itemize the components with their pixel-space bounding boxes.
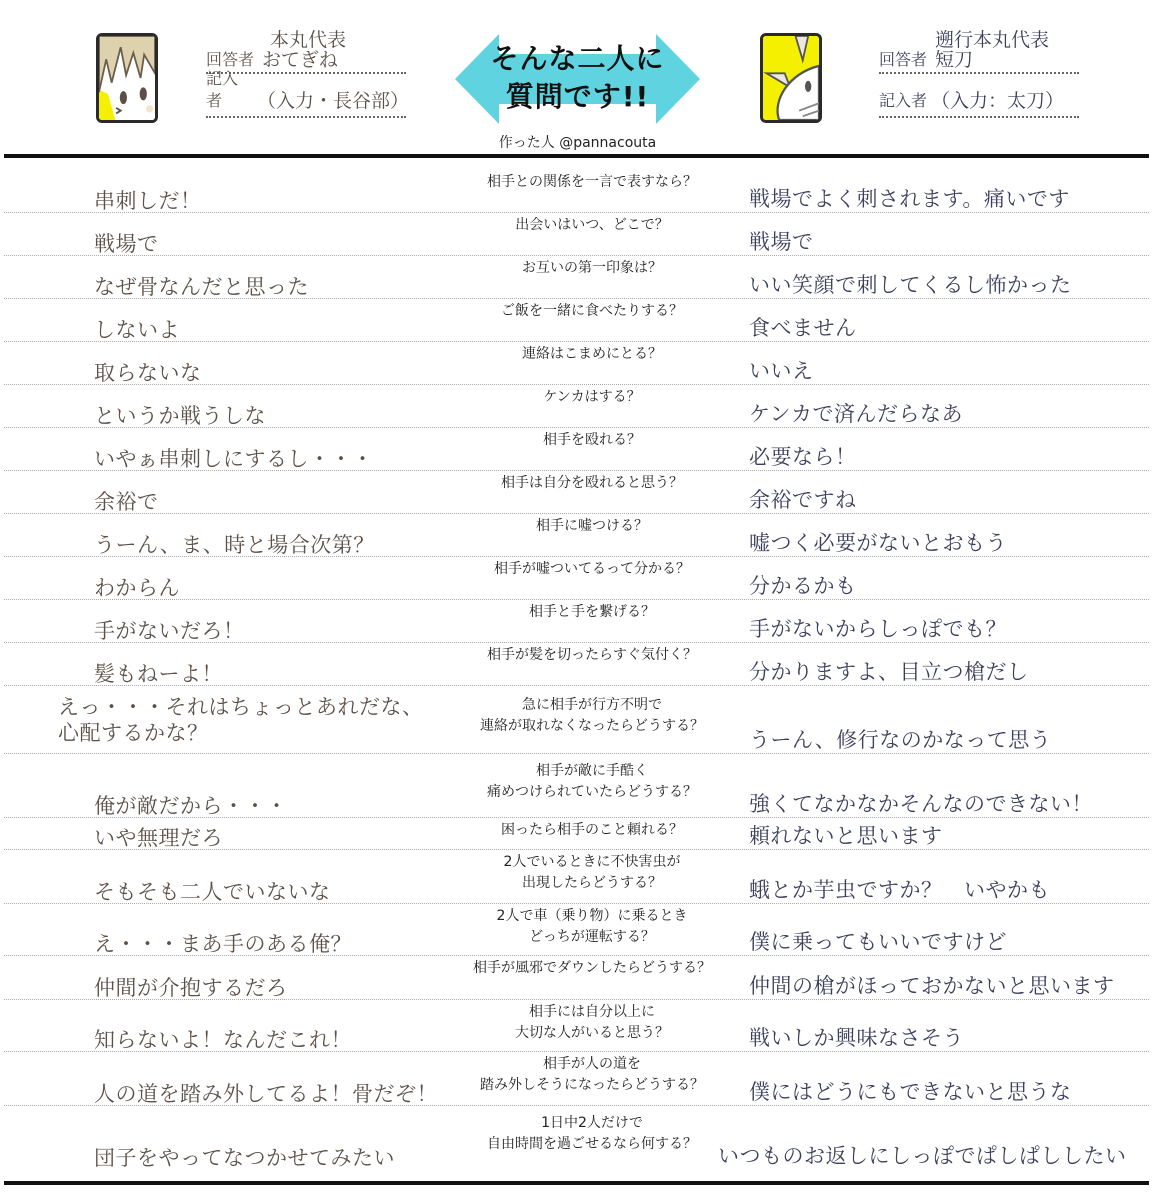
left-answer: 取らないな	[94, 357, 202, 387]
qa-row: 仲間が介抱するだろ相手が風邪でダウンしたらどうする？仲間の槍がほっておかないと思…	[4, 956, 1149, 1000]
top-divider	[4, 154, 1149, 158]
respondent-character: おてぎね	[262, 50, 346, 70]
respondent-name: 本丸代表 おてぎね	[262, 30, 346, 70]
respondent-label: 回答者	[206, 50, 254, 70]
qa-row: 取らないな連絡はこまめにとる？いいえ	[4, 342, 1149, 385]
left-answer: 知らないよ！なんだこれ！	[94, 1024, 352, 1054]
right-answer: ケンカで済んだらなあ	[749, 398, 963, 428]
question: 相手が髪を切ったらすぐ気付く？	[424, 645, 760, 666]
qa-row: 髪もねーよ！相手が髪を切ったらすぐ気付く？分かりますよ、目立つ槍だし	[4, 643, 1149, 686]
right-answer: いい笑顔で刺してくるし怖かった	[749, 269, 1072, 299]
left-answer: 戦場で	[94, 228, 159, 258]
right-respondent-row: 回答者 遡行本丸代表 短刀	[879, 20, 1079, 74]
recorder-label: 記入者	[879, 90, 927, 112]
question: ケンカはする？	[424, 387, 760, 408]
right-answer: 僕に乗ってもいいですけど	[749, 926, 1007, 956]
left-answer: えっ・・・それはちょっとあれだな、 心配するかな？	[58, 694, 424, 746]
otegine-avatar	[96, 33, 158, 123]
question: 急に相手が行方不明で連絡が取れなくなったらどうする？	[424, 695, 760, 737]
question-line: 相手は自分を殴れると思う？	[424, 473, 760, 494]
qa-row: なぜ骨なんだと思ったお互いの第一印象は？いい笑顔で刺してくるし怖かった	[4, 256, 1149, 299]
qa-row: 知らないよ！なんだこれ！相手には自分以上に大切な人がいると思う？戦いしか興味なさ…	[4, 1000, 1149, 1052]
left-answer: 団子をやってなつかせてみたい	[94, 1142, 395, 1172]
question: 相手に嘘つける？	[424, 516, 760, 537]
question-line: お互いの第一印象は？	[424, 258, 760, 279]
question: 相手が人の道を踏み外しそうになったらどうする？	[424, 1054, 760, 1096]
left-answer: わからん	[94, 572, 180, 602]
question: 相手には自分以上に大切な人がいると思う？	[424, 1002, 760, 1044]
title-banner: そんな二人に 質問です!!	[455, 32, 700, 127]
recorder-value: （入力：太刀）	[931, 90, 1064, 112]
question-line: 相手が人の道を	[424, 1054, 760, 1075]
left-answer: いや無理だろ	[94, 822, 223, 852]
qa-row: いや無理だろ困ったら相手のこと頼れる？頼れないと思います	[4, 818, 1149, 850]
author-credit: 作った人 @pannacouta	[455, 132, 700, 152]
question: 出会いはいつ、どこで？	[424, 215, 760, 236]
question-line: 出会いはいつ、どこで？	[424, 215, 760, 236]
tantou-avatar	[760, 33, 822, 123]
right-answer: 食べません	[749, 312, 857, 342]
question: 相手は自分を殴れると思う？	[424, 473, 760, 494]
question-line: 自由時間を過ごせるなら何する？	[424, 1134, 760, 1155]
question-line: 痛めつけられていたらどうする？	[424, 782, 760, 803]
left-answer: 髪もねーよ！	[94, 658, 223, 688]
left-answer: なぜ骨なんだと思った	[94, 271, 309, 301]
right-answer: 強くてなかなかそんなのできない！	[749, 788, 1093, 818]
left-answer: そもそも二人でいないな	[94, 876, 331, 906]
right-answer: 戦場でよく刺されます。痛いです	[749, 183, 1070, 213]
question: 相手が敵に手酷く痛めつけられていたらどうする？	[424, 761, 760, 803]
respondent-label: 回答者	[879, 50, 927, 70]
question-line: 1日中2人だけで	[424, 1113, 760, 1134]
question-line: 相手が敵に手酷く	[424, 761, 760, 782]
recorder-label: 記入者	[206, 68, 253, 112]
left-recorder-row: 記入者 （入力・長谷部）	[206, 74, 406, 118]
qa-row: えっ・・・それはちょっとあれだな、 心配するかな？急に相手が行方不明で連絡が取れ…	[4, 686, 1149, 754]
question: 困ったら相手のこと頼れる？	[424, 820, 760, 841]
qa-row: 団子をやってなつかせてみたい1日中2人だけで自由時間を過ごせるなら何する？いつも…	[4, 1106, 1149, 1170]
right-answer: 必要なら！	[749, 441, 857, 471]
qa-row: 戦場で出会いはいつ、どこで？戦場で	[4, 213, 1149, 256]
qa-row: 俺が敵だから・・・相手が敵に手酷く痛めつけられていたらどうする？強くてなかなかそ…	[4, 754, 1149, 818]
left-answer: というか戦うしな	[94, 400, 266, 430]
question: 連絡はこまめにとる？	[424, 344, 760, 365]
question-line: 相手との関係を一言で表すなら？	[424, 172, 760, 193]
qa-row: というか戦うしなケンカはする？ケンカで済んだらなあ	[4, 385, 1149, 428]
header: 回答者 本丸代表 おてぎね 記入者 （入力・長谷部） そんな二人に 質問です!!…	[0, 0, 1153, 156]
right-answer: 分かるかも	[749, 570, 857, 600]
left-answer: 手がないだろ！	[94, 615, 245, 645]
question-line: 2人でいるときに不快害虫が	[424, 852, 760, 873]
right-answer: 嘘つく必要がないとおもう	[749, 527, 1007, 557]
question-line: 2人で車（乗り物）に乗るとき	[424, 906, 760, 927]
question-line: どっちが運転する？	[424, 927, 760, 948]
left-answer: 串刺しだ！	[94, 185, 202, 215]
bottom-divider	[4, 1181, 1149, 1185]
qa-row: 串刺しだ！相手との関係を一言で表すなら？戦場でよく刺されます。痛いです	[4, 170, 1149, 213]
question-line: 連絡が取れなくなったらどうする？	[424, 716, 760, 737]
question: ご飯を一緒に食べたりする？	[424, 301, 760, 322]
right-answer: 手がないからしっぽでも？	[749, 613, 1007, 643]
question: 相手が嘘ついてるって分かる？	[424, 559, 760, 580]
left-answer: 余裕で	[94, 486, 159, 516]
question-line: 相手には自分以上に	[424, 1002, 760, 1023]
qa-row: そもそも二人でいないな2人でいるときに不快害虫が出現したらどうする？蛾とか芋虫で…	[4, 850, 1149, 904]
qa-row: わからん相手が嘘ついてるって分かる？分かるかも	[4, 557, 1149, 600]
respondent-name: 遡行本丸代表 短刀	[935, 30, 1049, 70]
question: 1日中2人だけで自由時間を過ごせるなら何する？	[424, 1113, 760, 1155]
right-respondent-info: 回答者 遡行本丸代表 短刀 記入者 （入力：太刀）	[879, 20, 1079, 118]
right-recorder-row: 記入者 （入力：太刀）	[879, 74, 1079, 118]
right-answer: 僕にはどうにもできないと思うな	[749, 1076, 1072, 1106]
left-answer: いやぁ串刺しにするし・・・	[94, 443, 374, 473]
title-line-1: そんな二人に	[455, 40, 700, 78]
right-answer: 戦場で	[749, 226, 814, 256]
left-answer: え・・・まあ手のある俺？	[94, 928, 352, 958]
right-answer: いいえ	[749, 355, 814, 385]
bone-creature-icon	[763, 36, 819, 120]
question-line: ご飯を一緒に食べたりする？	[424, 301, 760, 322]
left-respondent-row: 回答者 本丸代表 おてぎね	[206, 26, 406, 74]
qa-row: 余裕で相手は自分を殴れると思う？余裕ですね	[4, 471, 1149, 514]
question-line: 相手と手を繋げる？	[424, 602, 760, 623]
qa-row: 手がないだろ！相手と手を繋げる？手がないからしっぽでも？	[4, 600, 1149, 643]
left-respondent-info: 回答者 本丸代表 おてぎね 記入者 （入力・長谷部）	[206, 26, 406, 118]
right-answer: 戦いしか興味なさそう	[749, 1022, 964, 1052]
right-answer: 仲間の槍がほっておかないと思います	[749, 970, 1115, 1000]
respondent-character: 短刀	[935, 50, 1049, 70]
question-line: 相手に嘘つける？	[424, 516, 760, 537]
respondent-affiliation: 遡行本丸代表	[935, 30, 1049, 50]
question: 相手が風邪でダウンしたらどうする？	[424, 958, 760, 979]
left-answer: 仲間が介抱するだろ	[94, 972, 288, 1002]
qa-row: え・・・まあ手のある俺？2人で車（乗り物）に乗るときどっちが運転する？僕に乗って…	[4, 904, 1149, 956]
question-line: 踏み外しそうになったらどうする？	[424, 1075, 760, 1096]
question-line: 相手が髪を切ったらすぐ気付く？	[424, 645, 760, 666]
question-line: 出現したらどうする？	[424, 873, 760, 894]
qa-table: 串刺しだ！相手との関係を一言で表すなら？戦場でよく刺されます。痛いです戦場で出会…	[4, 170, 1149, 1170]
right-answer: 余裕ですね	[749, 484, 857, 514]
question-line: 困ったら相手のこと頼れる？	[424, 820, 760, 841]
left-answer: しないよ	[94, 314, 180, 344]
left-answer: うーん、ま、時と場合次第？	[94, 529, 375, 559]
page-title: そんな二人に 質問です!!	[455, 40, 700, 116]
question-line: 相手が嘘ついてるって分かる？	[424, 559, 760, 580]
qa-row: いやぁ串刺しにするし・・・相手を殴れる？必要なら！	[4, 428, 1149, 471]
question: お互いの第一印象は？	[424, 258, 760, 279]
recorder-value: （入力・長谷部）	[257, 90, 406, 112]
question-line: 大切な人がいると思う？	[424, 1023, 760, 1044]
right-answer: 分かりますよ、目立つ槍だし	[749, 656, 1029, 686]
title-line-2: 質問です!!	[455, 78, 700, 116]
right-answer: 頼れないと思います	[749, 820, 943, 850]
right-answer: 蛾とか芋虫ですか？ いやかも	[749, 874, 1050, 904]
question-line: 相手を殴れる？	[424, 430, 760, 451]
right-answer: うーん、修行なのかなって思う	[749, 724, 1051, 754]
question-line: ケンカはする？	[424, 387, 760, 408]
question: 2人でいるときに不快害虫が出現したらどうする？	[424, 852, 760, 894]
question: 2人で車（乗り物）に乗るときどっちが運転する？	[424, 906, 760, 948]
question: 相手と手を繋げる？	[424, 602, 760, 623]
respondent-affiliation: 本丸代表	[262, 30, 346, 50]
qa-row: しないよご飯を一緒に食べたりする？食べません	[4, 299, 1149, 342]
left-answer: 俺が敵だから・・・	[94, 790, 288, 820]
left-answer: 人の道を踏み外してるよ！骨だぞ！	[94, 1078, 438, 1108]
qa-row: うーん、ま、時と場合次第？相手に嘘つける？嘘つく必要がないとおもう	[4, 514, 1149, 557]
question-line: 連絡はこまめにとる？	[424, 344, 760, 365]
character-face-icon	[99, 36, 155, 120]
question-line: 相手が風邪でダウンしたらどうする？	[424, 958, 760, 979]
right-answer: いつものお返しにしっぽでぱしぱししたい	[718, 1140, 1127, 1170]
question: 相手を殴れる？	[424, 430, 760, 451]
question-line: 急に相手が行方不明で	[424, 695, 760, 716]
qa-row: 人の道を踏み外してるよ！骨だぞ！相手が人の道を踏み外しそうになったらどうする？僕…	[4, 1052, 1149, 1106]
question: 相手との関係を一言で表すなら？	[424, 172, 760, 193]
